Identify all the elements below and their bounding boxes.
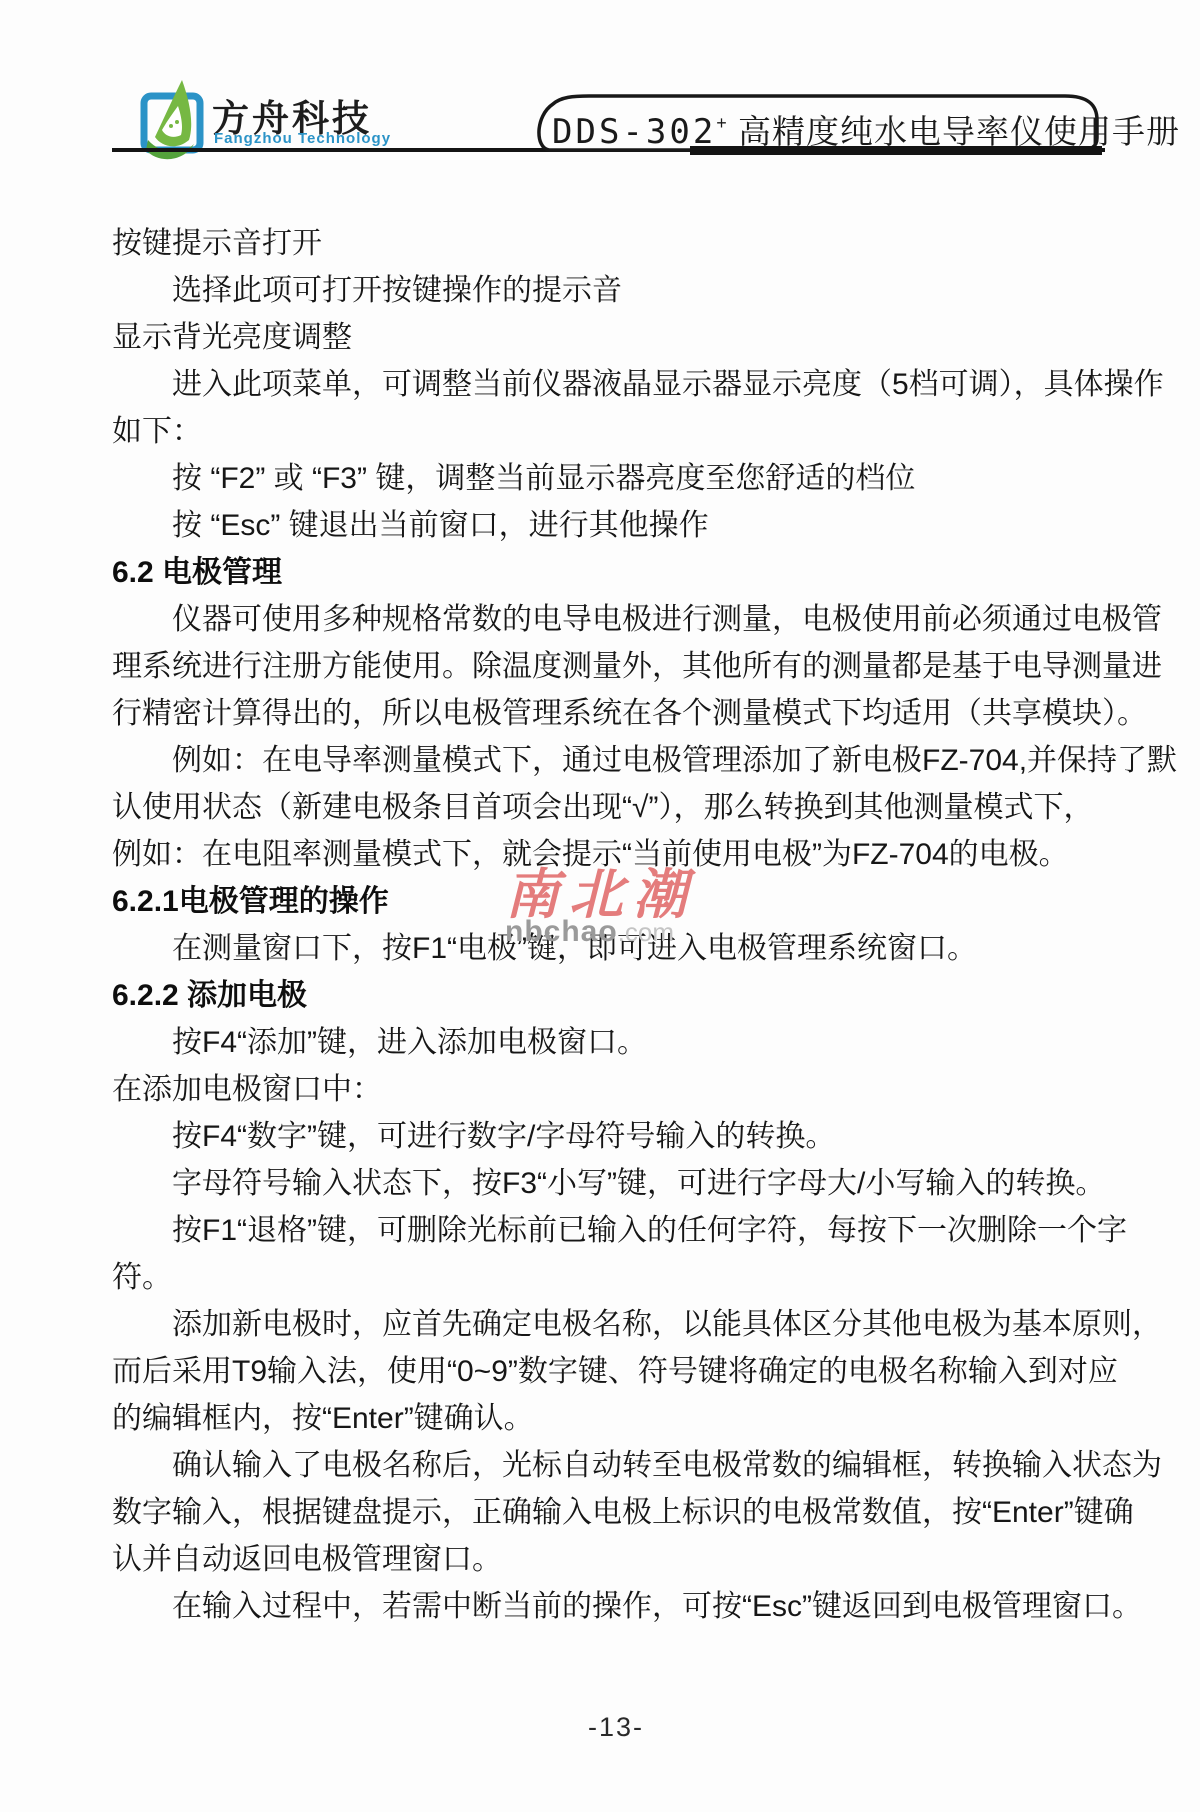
page-number: -13- — [16, 1712, 1200, 1743]
text-line: 添加新电极时，应首先确定电极名称，以能具体区分其他电极为基本原则， — [112, 1301, 1112, 1348]
text-line: 按F1“退格”键，可删除光标前已输入的任何字符，每按下一次删除一个字 — [112, 1207, 1112, 1254]
document-body: 按键提示音打开选择此项可打开按键操作的提示音显示背光亮度调整进入此项菜单，可调整… — [112, 220, 1112, 1630]
text-line: 理系统进行注册方能使用。除温度测量外，其他所有的测量都是基于电导测量进 — [112, 643, 1112, 690]
text-line: 按F4“数字”键，可进行数字/字母符号输入的转换。 — [112, 1113, 1112, 1160]
text-line: 按 “F2” 或 “F3” 键，调整当前显示器亮度至您舒适的档位 — [112, 455, 1112, 502]
text-line: 符。 — [112, 1254, 1112, 1301]
text-line: 例如：在电阻率测量模式下，就会提示“当前使用电极”为FZ-704的电极。 — [112, 831, 1112, 878]
text-line: 在添加电极窗口中： — [112, 1066, 1112, 1113]
text-line: 显示背光亮度调整 — [112, 314, 1112, 361]
text-line: 认使用状态（新建电极条目首项会出现“√”），那么转换到其他测量模式下， — [112, 784, 1112, 831]
text-line: 仪器可使用多种规格常数的电导电极进行测量，电极使用前必须通过电极管 — [112, 596, 1112, 643]
text-line: 选择此项可打开按键操作的提示音 — [112, 267, 1112, 314]
text-line: 进入此项菜单，可调整当前仪器液晶显示器显示亮度（5档可调），具体操作 — [112, 361, 1112, 408]
text-line: 而后采用T9输入法，使用“0~9”数字键、符号键将确定的电极名称输入到对应 — [112, 1348, 1112, 1395]
text-line: 按 “Esc” 键退出当前窗口，进行其他操作 — [112, 502, 1112, 549]
text-line: 确认输入了电极名称后，光标自动转至电极常数的编辑框，转换输入状态为 — [112, 1442, 1112, 1489]
manual-page: 方舟科技 Fangzhou Technology DDS-302+ 高精度纯水电… — [0, 0, 1200, 1812]
text-line: 按F4“添加”键，进入添加电极窗口。 — [112, 1019, 1112, 1066]
text-line: 行精密计算得出的，所以电极管理系统在各个测量模式下均适用（共享模块）。 — [112, 690, 1112, 737]
manual-title: DDS-302+ 高精度纯水电导率仪使用手册 — [552, 100, 1100, 146]
section-heading: 6.2.1电极管理的操作 — [112, 878, 1112, 925]
manual-title-text: 高精度纯水电导率仪使用手册 — [728, 113, 1180, 150]
text-line: 数字输入，根据键盘提示，正确输入电极上标识的电极常数值，按“Enter”键确 — [112, 1489, 1112, 1536]
text-line: 在测量窗口下，按F1“电极”键，即可进入电极管理系统窗口。 — [112, 925, 1112, 972]
text-line: 在输入过程中，若需中断当前的操作，可按“Esc”键返回到电极管理窗口。 — [112, 1583, 1112, 1630]
text-line: 的编辑框内，按“Enter”键确认。 — [112, 1395, 1112, 1442]
text-line: 字母符号输入状态下，按F3“小写”键，可进行字母大/小写输入的转换。 — [112, 1160, 1112, 1207]
section-heading: 6.2 电极管理 — [112, 549, 1112, 596]
brand-name-en: Fangzhou Technology — [214, 130, 391, 147]
text-line: 例如：在电导率测量模式下，通过电极管理添加了新电极FZ-704,并保持了默 — [112, 737, 1112, 784]
text-line: 如下： — [112, 408, 1112, 455]
text-line: 按键提示音打开 — [112, 220, 1112, 267]
text-line: 认并自动返回电极管理窗口。 — [112, 1536, 1112, 1583]
model-number: DDS-302 — [552, 112, 716, 152]
model-sup: + — [716, 113, 728, 133]
section-heading: 6.2.2 添加电极 — [112, 972, 1112, 1019]
